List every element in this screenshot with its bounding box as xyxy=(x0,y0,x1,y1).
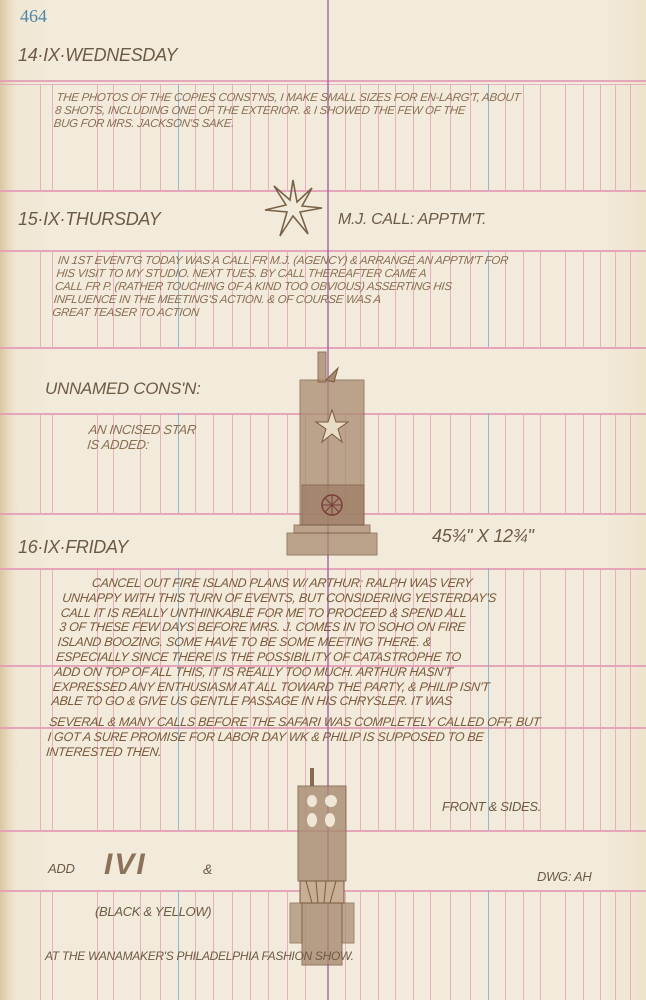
page-edge-stain xyxy=(0,0,14,1000)
ruling-column-line xyxy=(565,727,566,830)
ruling-column-line xyxy=(600,727,601,830)
ruling-column-line xyxy=(250,413,251,513)
ruling-column-line xyxy=(488,413,489,513)
ruling-column-line xyxy=(565,665,566,727)
entry-line: CALL IT IS REALLY UNTHINKABLE FOR ME TO … xyxy=(60,606,552,621)
entry-line: 3 OF THESE FEW DAYS BEFORE MRS. J. COMES… xyxy=(58,620,550,635)
ruling-column-line xyxy=(52,84,53,190)
entry-line: HIS VISIT TO MY STUDIO. NEXT TUES. BY CA… xyxy=(56,268,508,281)
ruling-column-line xyxy=(583,568,584,665)
ruling-column-line xyxy=(40,84,41,190)
star-burst-icon xyxy=(262,178,324,240)
ruling-column-line xyxy=(40,727,41,830)
ruling-column-line xyxy=(630,568,631,665)
note-line: AN INCISED STAR xyxy=(88,422,197,437)
dimensions-label: 45¾" x 12¾" xyxy=(432,527,534,545)
ruling-column-line xyxy=(630,250,631,347)
entry-line: ABLE TO GO & GIVE US GENTLE PASSAGE IN H… xyxy=(51,694,543,709)
ruling-column-line xyxy=(615,727,616,830)
ruling-column-line xyxy=(413,413,414,513)
ruling-column-line xyxy=(250,890,251,1000)
ruling-column-line xyxy=(583,727,584,830)
add-note: ADD xyxy=(48,862,75,875)
diary-page: 464 14·IX·Wednesday THE PHOTOS OF THE CO… xyxy=(0,0,646,1000)
ruling-column-line xyxy=(600,250,601,347)
date-heading-15: 15·IX·Thursday xyxy=(18,210,161,228)
ruling-column-line xyxy=(615,665,616,727)
ruling-column-line xyxy=(505,413,506,513)
ruling-column-line xyxy=(630,727,631,830)
ruling-column-line xyxy=(430,890,431,1000)
ruling-column-line xyxy=(470,413,471,513)
ruling-column-line xyxy=(213,413,214,513)
construction-sketch-totem xyxy=(288,768,358,968)
sketch-note: AN INCISED STAR IS ADDED: xyxy=(86,422,196,452)
ruling-column-line xyxy=(540,250,541,347)
entry-line: CALL FR P. (RATHER TOUCHING OF A KIND TO… xyxy=(54,281,506,294)
ruling-column-line xyxy=(565,250,566,347)
footnote: AT THE WANAMAKER'S PHILADELPHIA FASHION … xyxy=(45,950,354,962)
entry-line: INFLUENCE IN THE MEETING'S ACTION. & OF … xyxy=(53,294,505,307)
ruling-column-line xyxy=(450,413,451,513)
side-note-mj-call: M.J. CALL: APPTM'T. xyxy=(338,212,486,228)
ruling-column-line xyxy=(600,413,601,513)
ruling-column-line xyxy=(232,890,233,1000)
ruling-column-line xyxy=(268,413,269,513)
ruling-column-line xyxy=(430,413,431,513)
page-number: 464 xyxy=(20,6,47,27)
ruling-column-line xyxy=(565,890,566,1000)
ruling-column-line xyxy=(540,890,541,1000)
ruling-column-line xyxy=(565,568,566,665)
entry-line: 8 SHOTS, INCLUDING ONE OF THE EXTERIOR. … xyxy=(54,105,519,118)
add-suffix: & xyxy=(203,862,212,876)
ruling-column-line xyxy=(40,665,41,727)
ruling-column-line xyxy=(540,727,541,830)
entry-line: GREAT TEASER TO ACTION xyxy=(52,307,504,320)
section-heading-unnamed: UNNAMED CONS'N: xyxy=(45,380,201,397)
ivi-glyph: IVI xyxy=(104,850,147,880)
ruling-column-line xyxy=(450,890,451,1000)
entry-line: I GOT A SURE PROMISE FOR LABOR DAY WK & … xyxy=(47,730,539,745)
ruling-column-line xyxy=(378,890,379,1000)
ruling-column-line xyxy=(52,568,53,665)
ruling-column-line xyxy=(413,890,414,1000)
note-line: IS ADDED: xyxy=(86,437,195,452)
ruling-column-line xyxy=(583,890,584,1000)
ruling-column-line xyxy=(488,890,489,1000)
entry-line: SEVERAL & MANY CALLS BEFORE THE SAFARI W… xyxy=(48,715,540,730)
ruling-column-line xyxy=(565,413,566,513)
ruling-column-line xyxy=(52,413,53,513)
ruling-column-line xyxy=(615,568,616,665)
ruling-column-line xyxy=(40,413,41,513)
ruling-column-line xyxy=(268,890,269,1000)
ruling-column-line xyxy=(600,890,601,1000)
ruling-column-line xyxy=(565,84,566,190)
entry-line: IN 1ST EVENT'G TODAY WAS A CALL FR M.J. … xyxy=(57,255,509,268)
ruling-column-line xyxy=(52,890,53,1000)
ruling-column-line xyxy=(583,250,584,347)
ruling-column-line xyxy=(360,890,361,1000)
entry-line: THE PHOTOS OF THE COPIES CONST'NS, I MAK… xyxy=(56,92,521,105)
entry-14-text: THE PHOTOS OF THE COPIES CONST'NS, I MAK… xyxy=(53,92,521,131)
drawing-initials: DWG: AH xyxy=(537,870,591,883)
ruling-column-line xyxy=(505,890,506,1000)
entry-line: CANCEL OUT FIRE ISLAND PLANS W/ ARTHUR: … xyxy=(63,576,555,591)
construction-sketch-star xyxy=(284,350,380,560)
ruling-column-line xyxy=(232,413,233,513)
entry-15-text: IN 1ST EVENT'G TODAY WAS A CALL FR M.J. … xyxy=(52,255,509,320)
ruling-column-line xyxy=(583,84,584,190)
ruling-column-line xyxy=(583,413,584,513)
date-heading-16: 16·IX·Friday xyxy=(18,538,128,556)
entry-line: ISLAND BOOZING. SOME HAVE TO BE SOME MEE… xyxy=(57,635,549,650)
ruling-column-line xyxy=(615,890,616,1000)
ruling-column-line xyxy=(540,413,541,513)
ruling-column-line xyxy=(470,890,471,1000)
ruling-column-line xyxy=(630,413,631,513)
ruling-column-line xyxy=(395,413,396,513)
entry-line: UNHAPPY WITH THIS TURN OF EVENTS, BUT CO… xyxy=(62,591,554,606)
ruling-column-line xyxy=(600,84,601,190)
entry-line: INTERESTED THEN. xyxy=(45,745,537,760)
ruling-column-line xyxy=(615,84,616,190)
color-note: (BLACK & YELLOW) xyxy=(95,905,211,918)
ruling-column-line xyxy=(213,890,214,1000)
entry-line: BUG FOR MRS. JACKSON'S SAKE. xyxy=(53,118,518,131)
ruling-column-line xyxy=(523,250,524,347)
entry-16-text: CANCEL OUT FIRE ISLAND PLANS W/ ARTHUR: … xyxy=(45,576,555,760)
ruling-line xyxy=(0,347,646,349)
ruling-column-line xyxy=(600,568,601,665)
ruling-column-line xyxy=(523,413,524,513)
ruling-column-line xyxy=(395,890,396,1000)
ruling-column-line xyxy=(615,250,616,347)
ruling-column-line xyxy=(630,665,631,727)
ruling-column-line xyxy=(630,890,631,1000)
ruling-column-line xyxy=(40,890,41,1000)
sketch-caption-front-sides: FRONT & SIDES. xyxy=(442,800,541,813)
ruling-line xyxy=(0,80,646,82)
ruling-column-line xyxy=(583,665,584,727)
entry-line: ESPECIALLY SINCE THERE IS THE POSSIBILIT… xyxy=(55,650,547,665)
ruling-column-line xyxy=(615,413,616,513)
ruling-column-line xyxy=(40,250,41,347)
ruling-column-line xyxy=(40,568,41,665)
date-heading-14: 14·IX·Wednesday xyxy=(18,46,177,64)
ruling-column-line xyxy=(630,84,631,190)
ruling-column-line xyxy=(523,84,524,190)
ruling-column-line xyxy=(540,84,541,190)
ruling-column-line xyxy=(523,890,524,1000)
ruling-column-line xyxy=(600,665,601,727)
entry-line: ADD ON TOP OF ALL THIS, IT IS REALLY TOO… xyxy=(54,665,546,680)
entry-line: EXPRESSED ANY ENTHUSIASM AT ALL TOWARD T… xyxy=(52,680,544,695)
